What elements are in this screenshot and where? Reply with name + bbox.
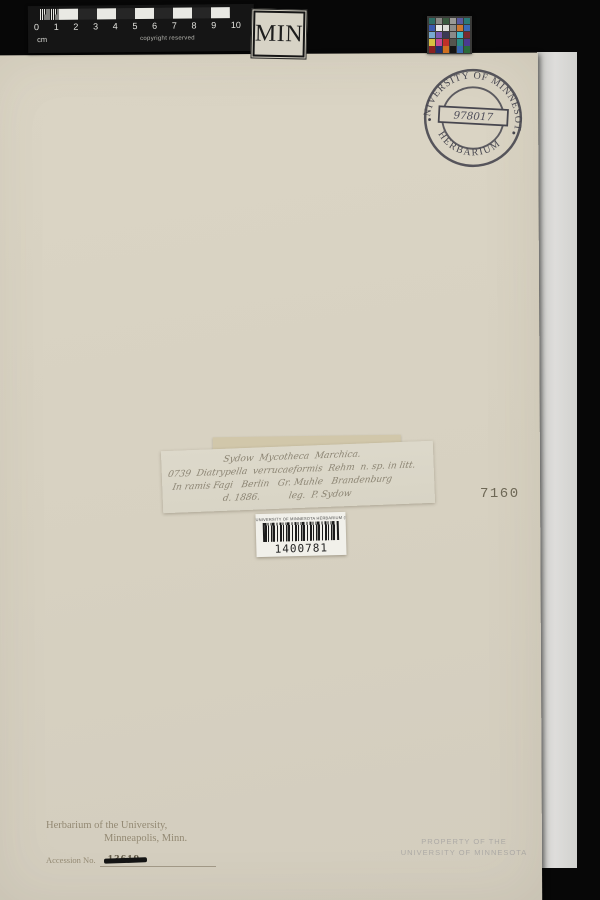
ruler-number: 2 <box>73 23 78 32</box>
herbarium-stamp: UNIVERSITY OF MINNESOTA HERBARIUM 978017 <box>414 59 533 178</box>
color-swatch <box>464 25 471 32</box>
color-swatch <box>436 46 443 53</box>
color-swatch <box>464 32 471 39</box>
color-swatch <box>457 25 464 32</box>
accession-number-struck: 13619 <box>108 853 141 866</box>
ruler-number: 10 <box>231 21 241 30</box>
color-swatch <box>429 25 436 32</box>
property-stamp-line2: UNIVERSITY OF MINNESOTA <box>398 847 530 858</box>
imprint-line2: Minneapolis, Minn. <box>104 832 216 845</box>
color-swatch <box>443 39 450 46</box>
min-code-label: MIN <box>253 10 306 57</box>
stamp-right-ornament <box>512 131 515 134</box>
ruler-number: 4 <box>113 22 118 31</box>
color-swatch <box>429 39 436 46</box>
barcode-sticker: UNIVERSITY OF MINNESOTA HERBARIUM (MIN) … <box>255 512 346 557</box>
barcode-bars <box>263 521 339 542</box>
stamp-bottom-text: HERBARIUM <box>433 128 505 163</box>
imprint-line1: Herbarium of the University, <box>46 819 216 832</box>
ruler-number: 1 <box>54 23 59 32</box>
property-stamp: PROPERTY OF THE UNIVERSITY OF MINNESOTA <box>398 836 530 858</box>
sheet-number: 7160 <box>480 486 520 502</box>
ruler-unit-label: cm <box>37 35 47 44</box>
color-swatch <box>464 46 471 53</box>
color-swatch <box>429 32 436 39</box>
color-swatch <box>450 25 457 32</box>
color-swatch <box>457 39 464 46</box>
stamp-left-ornament <box>428 118 431 121</box>
color-swatch <box>436 18 443 25</box>
herbarium-imprint: Herbarium of the University, Minneapolis… <box>46 819 216 867</box>
ruler-number: 6 <box>152 22 157 31</box>
ruler-numbers: 012345678910 <box>34 21 241 32</box>
ruler-number: 0 <box>34 23 39 32</box>
color-swatch <box>450 39 457 46</box>
stamp-number-box: 978017 <box>439 106 508 125</box>
color-swatch <box>457 46 464 53</box>
color-swatch <box>429 46 436 53</box>
min-code-card: MIN <box>250 8 307 59</box>
color-swatch <box>450 18 457 25</box>
stamp-handwritten-number: 978017 <box>453 110 494 124</box>
color-swatch <box>457 18 464 25</box>
accession-rule: 13619 <box>100 856 216 867</box>
color-swatch <box>464 39 471 46</box>
color-swatch <box>429 18 436 25</box>
color-swatch <box>443 32 450 39</box>
ruler-number: 3 <box>93 22 98 31</box>
ruler-number: 5 <box>132 22 137 31</box>
ruler-copyright-label: copyright reserved <box>140 35 195 42</box>
ruler-mm-ticks <box>40 9 59 20</box>
color-swatch <box>436 39 443 46</box>
color-calibration-chart <box>427 16 472 54</box>
ruler-number: 7 <box>172 22 177 31</box>
ruler-number: 9 <box>211 21 216 30</box>
property-stamp-line1: PROPERTY OF THE <box>398 836 530 847</box>
backing-sheet-edge <box>537 52 577 868</box>
color-swatch <box>464 18 471 25</box>
ruler-cm-blocks <box>59 7 230 20</box>
barcode-number: 1400781 <box>256 540 346 555</box>
color-swatch <box>443 25 450 32</box>
color-swatch <box>443 18 450 25</box>
accession-label: Accession No. <box>46 854 96 867</box>
scale-ruler: 012345678910 cm copyright reserved <box>28 4 254 53</box>
color-swatch <box>443 46 450 53</box>
color-swatch <box>436 25 443 32</box>
color-swatch <box>436 32 443 39</box>
ruler-number: 8 <box>191 21 196 30</box>
color-swatch <box>457 32 464 39</box>
color-swatch <box>450 32 457 39</box>
specimen-label: Sydow Mycotheca Marchica.0739 Diatrypell… <box>161 441 435 513</box>
color-swatch <box>450 46 457 53</box>
